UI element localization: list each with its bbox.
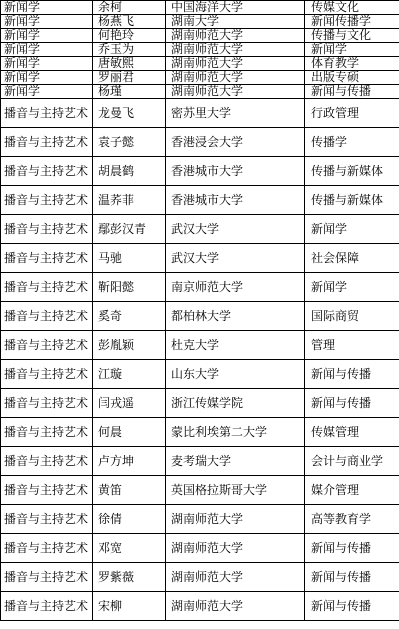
cell-university: 中国海洋大学 — [166, 1, 305, 15]
cell-major: 播音与主持艺术 — [1, 215, 93, 244]
table-row: 播音与主持艺术闫戎遥浙江传媒学院新闻与传播 — [1, 389, 399, 418]
cell-field: 新闻与传播 — [305, 592, 399, 621]
cell-university: 香港城市大学 — [166, 157, 305, 186]
page: 新闻学余柯中国海洋大学传媒文化新闻学杨燕飞湖南大学新闻传播学新闻学何艳玲湖南师范… — [0, 0, 399, 629]
cell-name: 闫戎遥 — [93, 389, 166, 418]
table-row: 播音与主持艺术彭胤颖杜克大学管理 — [1, 331, 399, 360]
cell-field: 媒介管理 — [305, 476, 399, 505]
table-row: 播音与主持艺术胡晨鹤香港城市大学传播与新媒体 — [1, 157, 399, 186]
cell-university: 浙江传媒学院 — [166, 389, 305, 418]
cell-field: 新闻与传播 — [305, 360, 399, 389]
cell-university: 麦考瑞大学 — [166, 447, 305, 476]
cell-major: 播音与主持艺术 — [1, 360, 93, 389]
cell-university: 蒙比利埃第二大学 — [166, 418, 305, 447]
cell-name: 罗紫薇 — [93, 563, 166, 592]
cell-field: 传播与文化 — [305, 29, 399, 43]
table-row: 播音与主持艺术袁子懿香港浸会大学传播学 — [1, 128, 399, 157]
cell-field: 传播与新媒体 — [305, 157, 399, 186]
cell-major: 播音与主持艺术 — [1, 99, 93, 128]
cell-field: 出版专硕 — [305, 71, 399, 85]
cell-name: 彭胤颖 — [93, 331, 166, 360]
table-row: 播音与主持艺术黄笛英国格拉斯哥大学媒介管理 — [1, 476, 399, 505]
cell-field: 管理 — [305, 331, 399, 360]
cell-major: 播音与主持艺术 — [1, 563, 93, 592]
data-table-body: 新闻学余柯中国海洋大学传媒文化新闻学杨燕飞湖南大学新闻传播学新闻学何艳玲湖南师范… — [1, 1, 399, 621]
cell-university: 杜克大学 — [166, 331, 305, 360]
cell-university: 湖南师范大学 — [166, 71, 305, 85]
cell-major: 播音与主持艺术 — [1, 505, 93, 534]
cell-name: 何艳玲 — [93, 29, 166, 43]
table-row: 播音与主持艺术何晨蒙比利埃第二大学传媒管理 — [1, 418, 399, 447]
cell-name: 袁子懿 — [93, 128, 166, 157]
table-row: 播音与主持艺术鄢彭汉青武汉大学新闻学 — [1, 215, 399, 244]
cell-field: 国际商贸 — [305, 302, 399, 331]
cell-field: 新闻学 — [305, 43, 399, 57]
cell-name: 马驰 — [93, 244, 166, 273]
cell-field: 新闻与传播 — [305, 85, 399, 99]
cell-university: 湖南师范大学 — [166, 505, 305, 534]
cell-name: 黄笛 — [93, 476, 166, 505]
cell-field: 体育教学 — [305, 57, 399, 71]
cell-name: 胡晨鹤 — [93, 157, 166, 186]
cell-major: 播音与主持艺术 — [1, 476, 93, 505]
cell-field: 新闻与传播 — [305, 389, 399, 418]
table-row: 新闻学罗丽君湖南师范大学出版专硕 — [1, 71, 399, 85]
table-row: 播音与主持艺术温荞菲香港城市大学传播与新媒体 — [1, 186, 399, 215]
cell-field: 新闻学 — [305, 273, 399, 302]
cell-major: 新闻学 — [1, 29, 93, 43]
data-table: 新闻学余柯中国海洋大学传媒文化新闻学杨燕飞湖南大学新闻传播学新闻学何艳玲湖南师范… — [0, 0, 399, 621]
table-row: 新闻学何艳玲湖南师范大学传播与文化 — [1, 29, 399, 43]
cell-major: 播音与主持艺术 — [1, 592, 93, 621]
cell-name: 宋柳 — [93, 592, 166, 621]
table-row: 播音与主持艺术罗紫薇湖南师范大学新闻与传播 — [1, 563, 399, 592]
cell-field: 社会保障 — [305, 244, 399, 273]
cell-university: 湖南大学 — [166, 15, 305, 29]
cell-major: 播音与主持艺术 — [1, 186, 93, 215]
cell-university: 香港城市大学 — [166, 186, 305, 215]
cell-university: 密苏里大学 — [166, 99, 305, 128]
cell-university: 武汉大学 — [166, 244, 305, 273]
cell-major: 播音与主持艺术 — [1, 418, 93, 447]
cell-field: 会计与商业学 — [305, 447, 399, 476]
cell-field: 新闻与传播 — [305, 563, 399, 592]
cell-university: 湖南师范大学 — [166, 534, 305, 563]
cell-name: 杨瑾 — [93, 85, 166, 99]
table-row: 播音与主持艺术宋柳湖南师范大学新闻与传播 — [1, 592, 399, 621]
cell-major: 新闻学 — [1, 1, 93, 15]
table-row: 播音与主持艺术奚奇都柏林大学国际商贸 — [1, 302, 399, 331]
table-row: 播音与主持艺术邓宽湖南师范大学新闻与传播 — [1, 534, 399, 563]
cell-major: 播音与主持艺术 — [1, 302, 93, 331]
cell-major: 播音与主持艺术 — [1, 447, 93, 476]
table-row: 新闻学余柯中国海洋大学传媒文化 — [1, 1, 399, 15]
cell-major: 播音与主持艺术 — [1, 244, 93, 273]
cell-university: 湖南师范大学 — [166, 592, 305, 621]
cell-university: 英国格拉斯哥大学 — [166, 476, 305, 505]
cell-university: 湖南师范大学 — [166, 43, 305, 57]
table-row: 播音与主持艺术江璇山东大学新闻与传播 — [1, 360, 399, 389]
cell-university: 香港浸会大学 — [166, 128, 305, 157]
cell-university: 都柏林大学 — [166, 302, 305, 331]
cell-name: 邓宽 — [93, 534, 166, 563]
cell-major: 新闻学 — [1, 15, 93, 29]
cell-major: 播音与主持艺术 — [1, 389, 93, 418]
table-row: 播音与主持艺术龙曼飞密苏里大学行政管理 — [1, 99, 399, 128]
cell-field: 传播学 — [305, 128, 399, 157]
cell-university: 湖南师范大学 — [166, 57, 305, 71]
table-row: 新闻学杨瑾湖南师范大学新闻与传播 — [1, 85, 399, 99]
cell-name: 奚奇 — [93, 302, 166, 331]
cell-name: 唐敏熙 — [93, 57, 166, 71]
cell-field: 新闻学 — [305, 215, 399, 244]
cell-major: 新闻学 — [1, 43, 93, 57]
table-row: 播音与主持艺术靳阳懿南京师范大学新闻学 — [1, 273, 399, 302]
cell-name: 温荞菲 — [93, 186, 166, 215]
cell-field: 新闻传播学 — [305, 15, 399, 29]
cell-field: 新闻与传播 — [305, 534, 399, 563]
cell-university: 武汉大学 — [166, 215, 305, 244]
cell-name: 余柯 — [93, 1, 166, 15]
cell-field: 传媒文化 — [305, 1, 399, 15]
cell-university: 南京师范大学 — [166, 273, 305, 302]
table-row: 播音与主持艺术徐倩湖南师范大学高等教育学 — [1, 505, 399, 534]
cell-name: 鄢彭汉青 — [93, 215, 166, 244]
cell-major: 新闻学 — [1, 57, 93, 71]
cell-field: 传播与新媒体 — [305, 186, 399, 215]
cell-major: 播音与主持艺术 — [1, 128, 93, 157]
cell-university: 湖南师范大学 — [166, 563, 305, 592]
cell-name: 罗丽君 — [93, 71, 166, 85]
cell-major: 播音与主持艺术 — [1, 273, 93, 302]
cell-name: 何晨 — [93, 418, 166, 447]
table-row: 新闻学唐敏熙湖南师范大学体育教学 — [1, 57, 399, 71]
table-row: 新闻学杨燕飞湖南大学新闻传播学 — [1, 15, 399, 29]
cell-name: 靳阳懿 — [93, 273, 166, 302]
cell-name: 江璇 — [93, 360, 166, 389]
cell-major: 播音与主持艺术 — [1, 331, 93, 360]
table-row: 播音与主持艺术马驰武汉大学社会保障 — [1, 244, 399, 273]
cell-major: 播音与主持艺术 — [1, 157, 93, 186]
table-row: 播音与主持艺术卢方坤麦考瑞大学会计与商业学 — [1, 447, 399, 476]
cell-name: 杨燕飞 — [93, 15, 166, 29]
cell-major: 播音与主持艺术 — [1, 534, 93, 563]
cell-major: 新闻学 — [1, 85, 93, 99]
cell-field: 传媒管理 — [305, 418, 399, 447]
cell-name: 卢方坤 — [93, 447, 166, 476]
cell-university: 湖南师范大学 — [166, 29, 305, 43]
cell-major: 新闻学 — [1, 71, 93, 85]
cell-field: 行政管理 — [305, 99, 399, 128]
cell-field: 高等教育学 — [305, 505, 399, 534]
cell-university: 山东大学 — [166, 360, 305, 389]
cell-name: 徐倩 — [93, 505, 166, 534]
cell-university: 湖南师范大学 — [166, 85, 305, 99]
table-row: 新闻学乔玉为湖南师范大学新闻学 — [1, 43, 399, 57]
cell-name: 龙曼飞 — [93, 99, 166, 128]
cell-name: 乔玉为 — [93, 43, 166, 57]
